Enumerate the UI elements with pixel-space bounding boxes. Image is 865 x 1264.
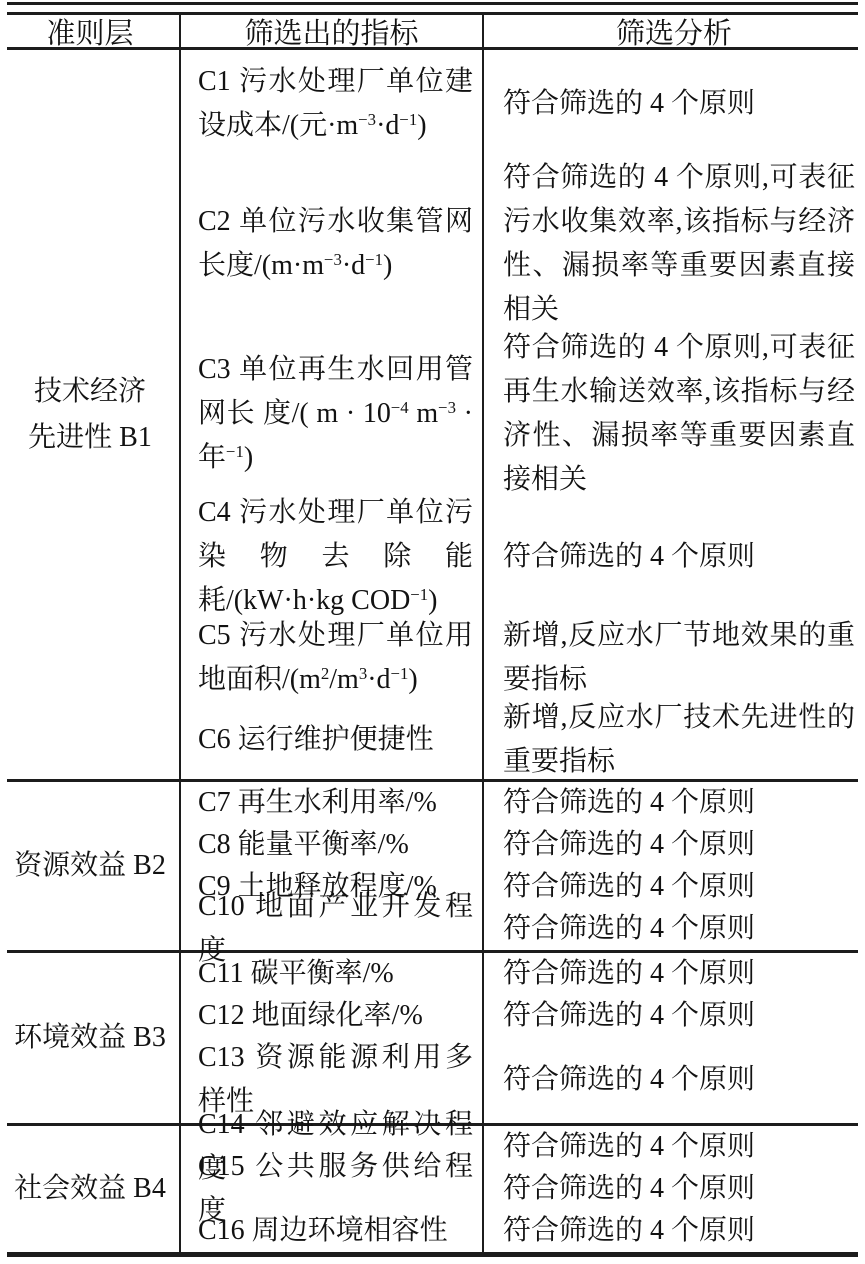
- indicator-text: C8 能量平衡率/%: [198, 823, 473, 867]
- criteria-cell: 资源效益 B2: [0, 782, 180, 950]
- analysis-text: 符合筛选的 4 个原则: [503, 535, 855, 579]
- indicator-cell: C3 单位再生水回用管网长 度/( m · 10−4 m−3 · 年−1): [180, 330, 483, 498]
- indicator-text: C5 污水处理厂单位用地面积/(m2/m3·d−1): [198, 614, 473, 702]
- table-row: C7 再生水利用率/% 符合筛选的 4 个原则: [180, 782, 865, 824]
- criteria-cell: 技术经济 先进性 B1: [0, 50, 180, 779]
- criteria-label: 技术经济 先进性 B1: [28, 369, 152, 461]
- analysis-text: 新增,反应水厂节地效果的重要指标: [503, 614, 855, 702]
- indicator-text: C2 单位污水收集管网长度/(m·m−3·d−1): [198, 200, 473, 288]
- indicator-cell: C15 公共服务供给程度: [180, 1168, 483, 1210]
- screening-indicator-table: 准则层 筛选出的指标 筛选分析 技术经济 先进性 B1 C1 污水处理厂单位建设…: [0, 0, 865, 1264]
- indicator-cell: C16 周边环境相容性: [180, 1210, 483, 1252]
- indicator-text: C1 污水处理厂单位建设成本/(元·m−3·d−1): [198, 60, 473, 148]
- indicator-cell: C11 碳平衡率/%: [180, 953, 483, 995]
- table-row: C16 周边环境相容性 符合筛选的 4 个原则: [180, 1210, 865, 1252]
- indicator-text: C12 地面绿化率/%: [198, 994, 473, 1038]
- table-row: C15 公共服务供给程度 符合筛选的 4 个原则: [180, 1168, 865, 1210]
- analysis-cell: 符合筛选的 4 个原则: [483, 50, 865, 158]
- analysis-text: 符合筛选的 4 个原则: [503, 907, 855, 951]
- analysis-text: 符合筛选的 4 个原则: [503, 1058, 855, 1102]
- analysis-text: 符合筛选的 4 个原则: [503, 994, 855, 1038]
- analysis-text: 符合筛选的 4 个原则: [503, 781, 855, 825]
- criteria-line: 社会效益 B4: [14, 1166, 166, 1212]
- indicator-cell: C7 再生水利用率/%: [180, 782, 483, 824]
- analysis-cell: 符合筛选的 4 个原则: [483, 824, 865, 866]
- analysis-text: 符合筛选的 4 个原则: [503, 823, 855, 867]
- table-row: C11 碳平衡率/% 符合筛选的 4 个原则: [180, 953, 865, 995]
- analysis-text: 符合筛选的 4 个原则: [503, 1125, 855, 1169]
- section-rows: C1 污水处理厂单位建设成本/(元·m−3·d−1) 符合筛选的 4 个原则 C…: [180, 50, 865, 779]
- criteria-line: 先进性 B1: [28, 415, 152, 461]
- indicator-text: C16 周边环境相容性: [198, 1209, 473, 1253]
- analysis-cell: 符合筛选的 4 个原则: [483, 782, 865, 824]
- table-row: C5 污水处理厂单位用地面积/(m2/m3·d−1) 新增,反应水厂节地效果的重…: [180, 615, 865, 701]
- criteria-line: 资源效益 B2: [14, 843, 166, 889]
- analysis-cell: 符合筛选的 4 个原则: [483, 995, 865, 1037]
- criteria-cell: 环境效益 B3: [0, 953, 180, 1123]
- table-row: C8 能量平衡率/% 符合筛选的 4 个原则: [180, 824, 865, 866]
- analysis-cell: 符合筛选的 4 个原则: [483, 953, 865, 995]
- header-indicator: 筛选出的指标: [180, 11, 483, 52]
- analysis-text: 新增,反应水厂技术先进性的重要指标: [503, 696, 855, 784]
- section-technical-economic-b1: 技术经济 先进性 B1 C1 污水处理厂单位建设成本/(元·m−3·d−1) 符…: [0, 50, 865, 779]
- section-resource-benefit-b2: 资源效益 B2 C7 再生水利用率/% 符合筛选的 4 个原则 C8 能量平衡率…: [0, 782, 865, 950]
- section-environment-benefit-b3: 环境效益 B3 C11 碳平衡率/% 符合筛选的 4 个原则 C12 地面绿化率…: [0, 953, 865, 1123]
- criteria-cell: 社会效益 B4: [0, 1126, 180, 1252]
- analysis-cell: 符合筛选的 4 个原则,可表征污水收集效率,该指标与经济性、漏损率等重要因素直接…: [483, 158, 865, 330]
- indicator-text: C3 单位再生水回用管网长 度/( m · 10−4 m−3 · 年−1): [198, 348, 473, 480]
- indicator-cell: C12 地面绿化率/%: [180, 995, 483, 1037]
- indicator-cell: C10 地面产业开发程度: [180, 908, 483, 950]
- section-rows: C11 碳平衡率/% 符合筛选的 4 个原则 C12 地面绿化率/% 符合筛选的…: [180, 953, 865, 1123]
- criteria-line: 技术经济: [28, 369, 152, 415]
- criteria-label: 环境效益 B3: [14, 1015, 166, 1061]
- indicator-text: C4 污水处理厂单位污染物去除能耗/(kW·h·kg COD−1): [198, 491, 473, 623]
- indicator-text: C11 碳平衡率/%: [198, 952, 473, 996]
- indicator-text: C6 运行维护便捷性: [198, 718, 473, 762]
- analysis-cell: 符合筛选的 4 个原则: [483, 1210, 865, 1252]
- analysis-text: 符合筛选的 4 个原则: [503, 865, 855, 909]
- table-row: C6 运行维护便捷性 新增,反应水厂技术先进性的重要指标: [180, 701, 865, 779]
- indicator-cell: C2 单位污水收集管网长度/(m·m−3·d−1): [180, 158, 483, 330]
- table-row: C4 污水处理厂单位污染物去除能耗/(kW·h·kg COD−1) 符合筛选的 …: [180, 498, 865, 615]
- analysis-cell: 符合筛选的 4 个原则: [483, 498, 865, 615]
- indicator-cell: C4 污水处理厂单位污染物去除能耗/(kW·h·kg COD−1): [180, 498, 483, 615]
- analysis-cell: 符合筛选的 4 个原则,可表征再生水输送效率,该指标与经济性、漏损率等重要因素直…: [483, 330, 865, 498]
- criteria-label: 资源效益 B2: [14, 843, 166, 889]
- analysis-cell: 新增,反应水厂技术先进性的重要指标: [483, 701, 865, 779]
- indicator-cell: C8 能量平衡率/%: [180, 824, 483, 866]
- header-analysis: 筛选分析: [483, 11, 865, 52]
- analysis-cell: 符合筛选的 4 个原则: [483, 1168, 865, 1210]
- section-rows: C14 邻避效应解决程度 符合筛选的 4 个原则 C15 公共服务供给程度 符合…: [180, 1126, 865, 1252]
- criteria-label: 社会效益 B4: [14, 1166, 166, 1212]
- analysis-text: 符合筛选的 4 个原则: [503, 82, 855, 126]
- analysis-cell: 符合筛选的 4 个原则: [483, 1037, 865, 1123]
- table-row: C3 单位再生水回用管网长 度/( m · 10−4 m−3 · 年−1) 符合…: [180, 330, 865, 498]
- section-rows: C7 再生水利用率/% 符合筛选的 4 个原则 C8 能量平衡率/% 符合筛选的…: [180, 782, 865, 950]
- section-social-benefit-b4: 社会效益 B4 C14 邻避效应解决程度 符合筛选的 4 个原则 C15 公共服…: [0, 1126, 865, 1252]
- table-row: C1 污水处理厂单位建设成本/(元·m−3·d−1) 符合筛选的 4 个原则: [180, 50, 865, 158]
- table-header-row: 准则层 筛选出的指标 筛选分析: [0, 15, 865, 47]
- table-column-divider-1: [179, 15, 181, 1252]
- table-row: C12 地面绿化率/% 符合筛选的 4 个原则: [180, 995, 865, 1037]
- table-column-divider-2: [482, 15, 484, 1252]
- indicator-cell: C1 污水处理厂单位建设成本/(元·m−3·d−1): [180, 50, 483, 158]
- analysis-text: 符合筛选的 4 个原则,可表征再生水输送效率,该指标与经济性、漏损率等重要因素直…: [503, 326, 855, 502]
- analysis-cell: 符合筛选的 4 个原则: [483, 866, 865, 908]
- indicator-cell: C6 运行维护便捷性: [180, 701, 483, 779]
- table-row: C10 地面产业开发程度 符合筛选的 4 个原则: [180, 908, 865, 950]
- analysis-cell: 符合筛选的 4 个原则: [483, 1126, 865, 1168]
- indicator-cell: C5 污水处理厂单位用地面积/(m2/m3·d−1): [180, 615, 483, 701]
- table-row: C2 单位污水收集管网长度/(m·m−3·d−1) 符合筛选的 4 个原则,可表…: [180, 158, 865, 330]
- analysis-text: 符合筛选的 4 个原则: [503, 952, 855, 996]
- analysis-cell: 新增,反应水厂节地效果的重要指标: [483, 615, 865, 701]
- analysis-cell: 符合筛选的 4 个原则: [483, 908, 865, 950]
- header-criteria: 准则层: [0, 11, 180, 52]
- criteria-line: 环境效益 B3: [14, 1015, 166, 1061]
- analysis-text: 符合筛选的 4 个原则,可表征污水收集效率,该指标与经济性、漏损率等重要因素直接…: [503, 156, 855, 332]
- analysis-text: 符合筛选的 4 个原则: [503, 1209, 855, 1253]
- indicator-text: C7 再生水利用率/%: [198, 781, 473, 825]
- analysis-text: 符合筛选的 4 个原则: [503, 1167, 855, 1211]
